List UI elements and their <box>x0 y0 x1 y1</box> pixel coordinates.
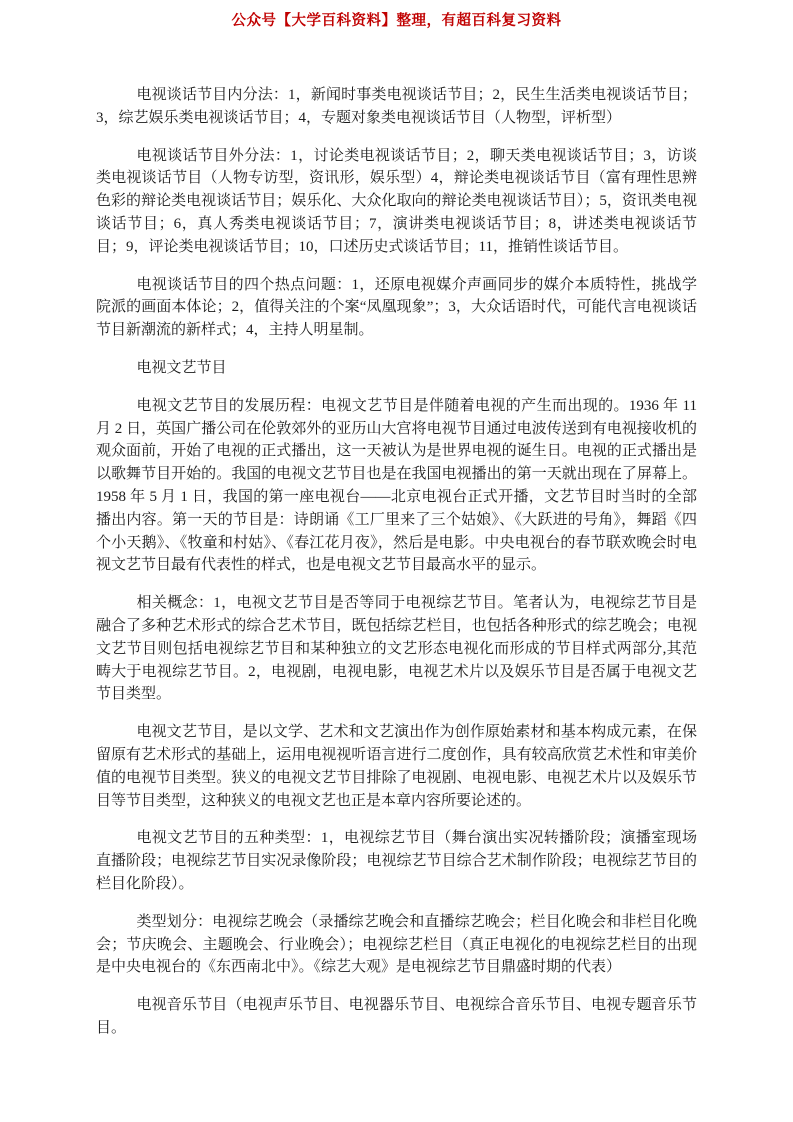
page-header-notice: 公众号【大学百科资料】整理，有超百科复习资料 <box>0 9 793 30</box>
paragraph: 电视谈话节目的四个热点问题：1，还原电视媒介声画同步的媒介本质特性，挑战学院派的… <box>96 274 697 342</box>
paragraph: 电视文艺节目的五种类型：1，电视综艺节目（舞台演出实况转播阶段；演播室现场直播阶… <box>96 827 697 895</box>
document-body: 电视谈话节目内分法：1，新闻时事类电视谈话节目；2，民生生活类电视谈话节目；3，… <box>96 84 697 1055</box>
paragraph: 电视文艺节目，是以文学、艺术和文艺演出作为创作原始素材和基本构成元素，在保留原有… <box>96 721 697 812</box>
paragraph: 电视文艺节目的发展历程：电视文艺节目是伴随着电视的产生而出现的。1936 年 1… <box>96 395 697 577</box>
section-heading: 电视文艺节目 <box>96 357 697 380</box>
paragraph: 电视音乐节目（电视声乐节目、电视器乐节目、电视综合音乐节目、电视专题音乐节目。 <box>96 994 697 1040</box>
paragraph: 类型划分：电视综艺晚会（录播综艺晚会和直播综艺晚会；栏目化晚会和非栏目化晚会；节… <box>96 911 697 979</box>
paragraph: 电视谈话节目外分法：1，讨论类电视谈话节目；2，聊天类电视谈话节目；3，访谈类电… <box>96 145 697 259</box>
paragraph: 电视谈话节目内分法：1，新闻时事类电视谈话节目；2，民生生活类电视谈话节目；3，… <box>96 84 697 130</box>
paragraph: 相关概念：1，电视文艺节目是否等同于电视综艺节目。笔者认为，电视综艺节目是融合了… <box>96 592 697 706</box>
document-page: 公众号【大学百科资料】整理，有超百科复习资料 电视谈话节目内分法：1，新闻时事类… <box>0 0 793 1122</box>
